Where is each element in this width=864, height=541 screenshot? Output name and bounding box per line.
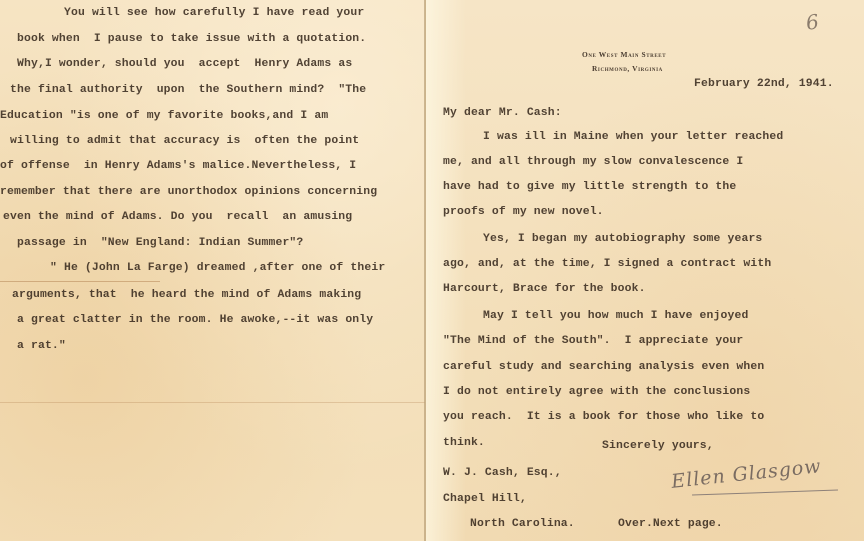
- addressee-name: W. J. Cash, Esq.,: [443, 467, 562, 479]
- text-line: You will see how carefully I have read y…: [64, 7, 364, 19]
- text-line: of offense in Henry Adams's malice.Never…: [0, 160, 356, 172]
- text-line: Education "is one of my favorite books,a…: [0, 110, 328, 122]
- text-line: May I tell you how much I have enjoyed: [483, 310, 748, 322]
- fold-line: [0, 402, 425, 403]
- text-line: remember that there are unorthodox opini…: [0, 186, 377, 198]
- text-line: have had to give my little strength to t…: [443, 181, 736, 193]
- addressee-state: North Carolina.: [470, 518, 575, 530]
- handwritten-signature: Ellen Glasgow: [670, 455, 822, 493]
- fold-mark: [0, 281, 160, 282]
- text-line: a great clatter in the room. He awoke,--…: [17, 314, 373, 326]
- text-line: I was ill in Maine when your letter reac…: [483, 131, 783, 143]
- letter-date: February 22nd, 1941.: [694, 78, 834, 90]
- salutation: My dear Mr. Cash:: [443, 107, 562, 119]
- text-line: proofs of my new novel.: [443, 206, 604, 218]
- letterhead-street: One West Main Street: [582, 50, 666, 59]
- addressee-city: Chapel Hill,: [443, 493, 527, 505]
- closing: Sincerely yours,: [602, 440, 714, 452]
- text-line: a rat.": [17, 340, 66, 352]
- text-line: Why,I wonder, should you accept Henry Ad…: [17, 58, 352, 70]
- text-line: passage in "New England: Indian Summer"?: [17, 237, 303, 249]
- text-line: arguments, that he heard the mind of Ada…: [12, 289, 361, 301]
- text-line: " He (John La Farge) dreamed ,after one …: [50, 262, 385, 274]
- letter-page-left: You will see how carefully I have read y…: [0, 0, 425, 541]
- text-line: the final authority upon the Southern mi…: [10, 84, 366, 96]
- text-line: me, and all through my slow convalescenc…: [443, 156, 743, 168]
- letterhead-city: Richmond, Virginia: [592, 64, 663, 73]
- footer-note: Over.Next page.: [618, 518, 723, 530]
- text-line: careful study and searching analysis eve…: [443, 361, 764, 373]
- text-line: willing to admit that accuracy is often …: [10, 135, 359, 147]
- text-line: even the mind of Adams. Do you recall an…: [3, 211, 352, 223]
- letter-page-right: 6 One West Main Street Richmond, Virgini…: [426, 0, 864, 541]
- text-line: think.: [443, 437, 485, 449]
- text-line: you reach. It is a book for those who li…: [443, 411, 764, 423]
- text-line: I do not entirely agree with the conclus…: [443, 386, 750, 398]
- text-line: Yes, I began my autobiography some years: [483, 233, 762, 245]
- text-line: "The Mind of the South". I appreciate yo…: [443, 335, 743, 347]
- text-line: Harcourt, Brace for the book.: [443, 283, 646, 295]
- text-line: book when I pause to take issue with a q…: [17, 33, 366, 45]
- text-line: ago, and, at the time, I signed a contra…: [443, 258, 771, 270]
- page-number: 6: [804, 9, 820, 35]
- signature-flourish: [692, 489, 838, 495]
